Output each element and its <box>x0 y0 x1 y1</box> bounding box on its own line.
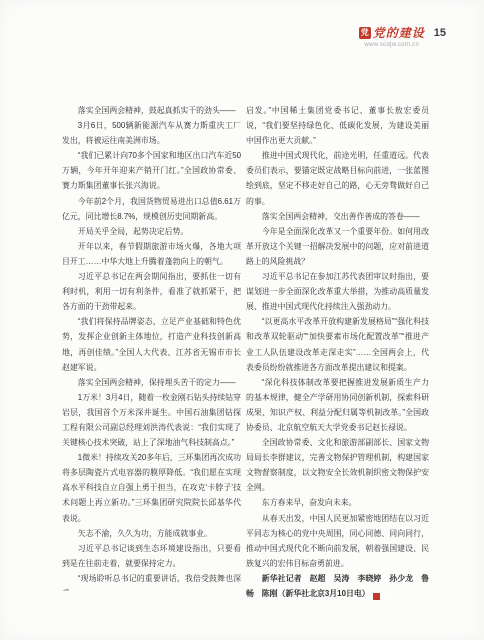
article-paragraph: 全国政协常委、文化和旅游部副部长、国家文物局局长李群建议，完善文物保护管理机制，… <box>246 435 429 495</box>
article-paragraph: 今年是全面深化改革又一个重要年份。如何用改革开放这个关键一招解决发展中的问题，应… <box>246 224 429 269</box>
article-paragraph: 习近平总书记在两会期间指出，要抓住一切有利时机，利用一切有利条件，看准了就抓紧干… <box>62 269 241 314</box>
article-paragraph: 落实全国两会精神，保持埋头苦干的定力—— <box>62 375 241 390</box>
article-paragraph: 东方春来早，奋发向未来。 <box>246 495 429 510</box>
article-column-right-paragraphs: 启发。”中国稀土集团党委书记、董事长敖宏委员说，“我们要坚持绿色化、低碳化发展，… <box>246 103 429 571</box>
article-column-right: 启发。”中国稀土集团党委书记、董事长敖宏委员说，“我们要坚持绿色化、低碳化发展，… <box>246 103 429 605</box>
article-paragraph: “以更高水平改革开放构建新发展格局”“强化科技和改革双轮驱动”“加快要素市场化配… <box>246 314 429 374</box>
article-paragraph: 1微米！持续攻关20多年后，三环集团再次成功将多层陶瓷片式电容器的膜厚降低。“我… <box>62 450 241 525</box>
brand-url: www.scdjw.com.cn <box>364 42 419 48</box>
article-paragraph: “现场聆听总书记的重要讲话，我倍受鼓舞也深受 <box>62 571 241 591</box>
article-paragraph: 今年前2个月，我国货物贸易进出口总值6.61万亿元，同比增长8.7%，规模创历史… <box>62 194 241 224</box>
article-paragraph: 开局关乎全局，起势决定后势。 <box>62 224 241 239</box>
masthead: 党 党的建设 www.scdjw.com.cn 15 <box>359 24 446 48</box>
brand-name: 党的建设 <box>373 24 425 41</box>
article-paragraph: 3月6日，500辆新能源汽车从赛力斯重庆工厂发出，将被运往南美洲市场。 <box>62 118 241 148</box>
article-paragraph: 落实全国两会精神，交出善作善成的答卷—— <box>246 209 429 224</box>
article-end-icon: 党 <box>373 593 380 600</box>
article-paragraph: 推进中国式现代化，前途光明，任重道远。代表委员们表示，要锚定既定战略目标向前进，… <box>246 148 429 208</box>
byline-text: 新华社记者 赵超 吴涛 李晓婷 孙少龙 鲁畅 陈刚（新华社北京3月10日电） <box>246 574 429 598</box>
article-paragraph: “我们已累计向70多个国家和地区出口汽车近50万辆，今年开年迎来产销开门红。”全… <box>62 148 241 193</box>
article-paragraph: 启发。”中国稀土集团党委书记、董事长敖宏委员说，“我们要坚持绿色化、低碳化发展，… <box>246 103 429 148</box>
article-byline: 新华社记者 赵超 吴涛 李晓婷 孙少龙 鲁畅 陈刚（新华社北京3月10日电）党 <box>246 571 429 601</box>
article-paragraph: “深化科技体制改革要把握推进发展新质生产力的基本规律，健全产学研用协同创新机制，… <box>246 375 429 435</box>
article-paragraph: 落实全国两会精神，鼓起真抓实干的劲头—— <box>62 103 241 118</box>
brand-logo: 党 党的建设 www.scdjw.com.cn <box>359 24 425 48</box>
page-number: 15 <box>434 27 446 39</box>
article-paragraph: 从春天出发，中国人民更加紧密地团结在以习近平同志为核心的党中央周围，同心同德、同… <box>246 511 429 571</box>
article-paragraph: “我们将保持品牌姿态，立足产业基础和特色优势，发挥企业创新主体地位，打造产业科技… <box>62 314 241 374</box>
article-paragraph: 矢志不渝，久久为功，方能成就事业。 <box>62 526 241 541</box>
article-paragraph: 开年以来，春节假期旅游市场火爆，各地大项目开工……中华大地上升腾着蓬勃向上的朝气… <box>62 239 241 269</box>
article-paragraph: 习近平总书记谈到生态环境建设指出，只要看到是在往前走着，就要保持定力。 <box>62 541 241 571</box>
party-seal-icon: 党 <box>359 27 371 39</box>
article-column-left: 落实全国两会精神，鼓起真抓实干的劲头—— 3月6日，500辆新能源汽车从赛力斯重… <box>62 103 241 591</box>
article-paragraph: 1万米！3月4日，随着一枚金刚石钻头持续钻穿岩层，我国首个万米深井诞生。中国石油… <box>62 390 241 450</box>
magazine-page: 党 党的建设 www.scdjw.com.cn 15 落实全国两会精神，鼓起真抓… <box>0 0 484 640</box>
article-paragraph: 习近平总书记在参加江苏代表团审议时指出，要谋划进一步全面深化改革重大举措，为推动… <box>246 269 429 314</box>
